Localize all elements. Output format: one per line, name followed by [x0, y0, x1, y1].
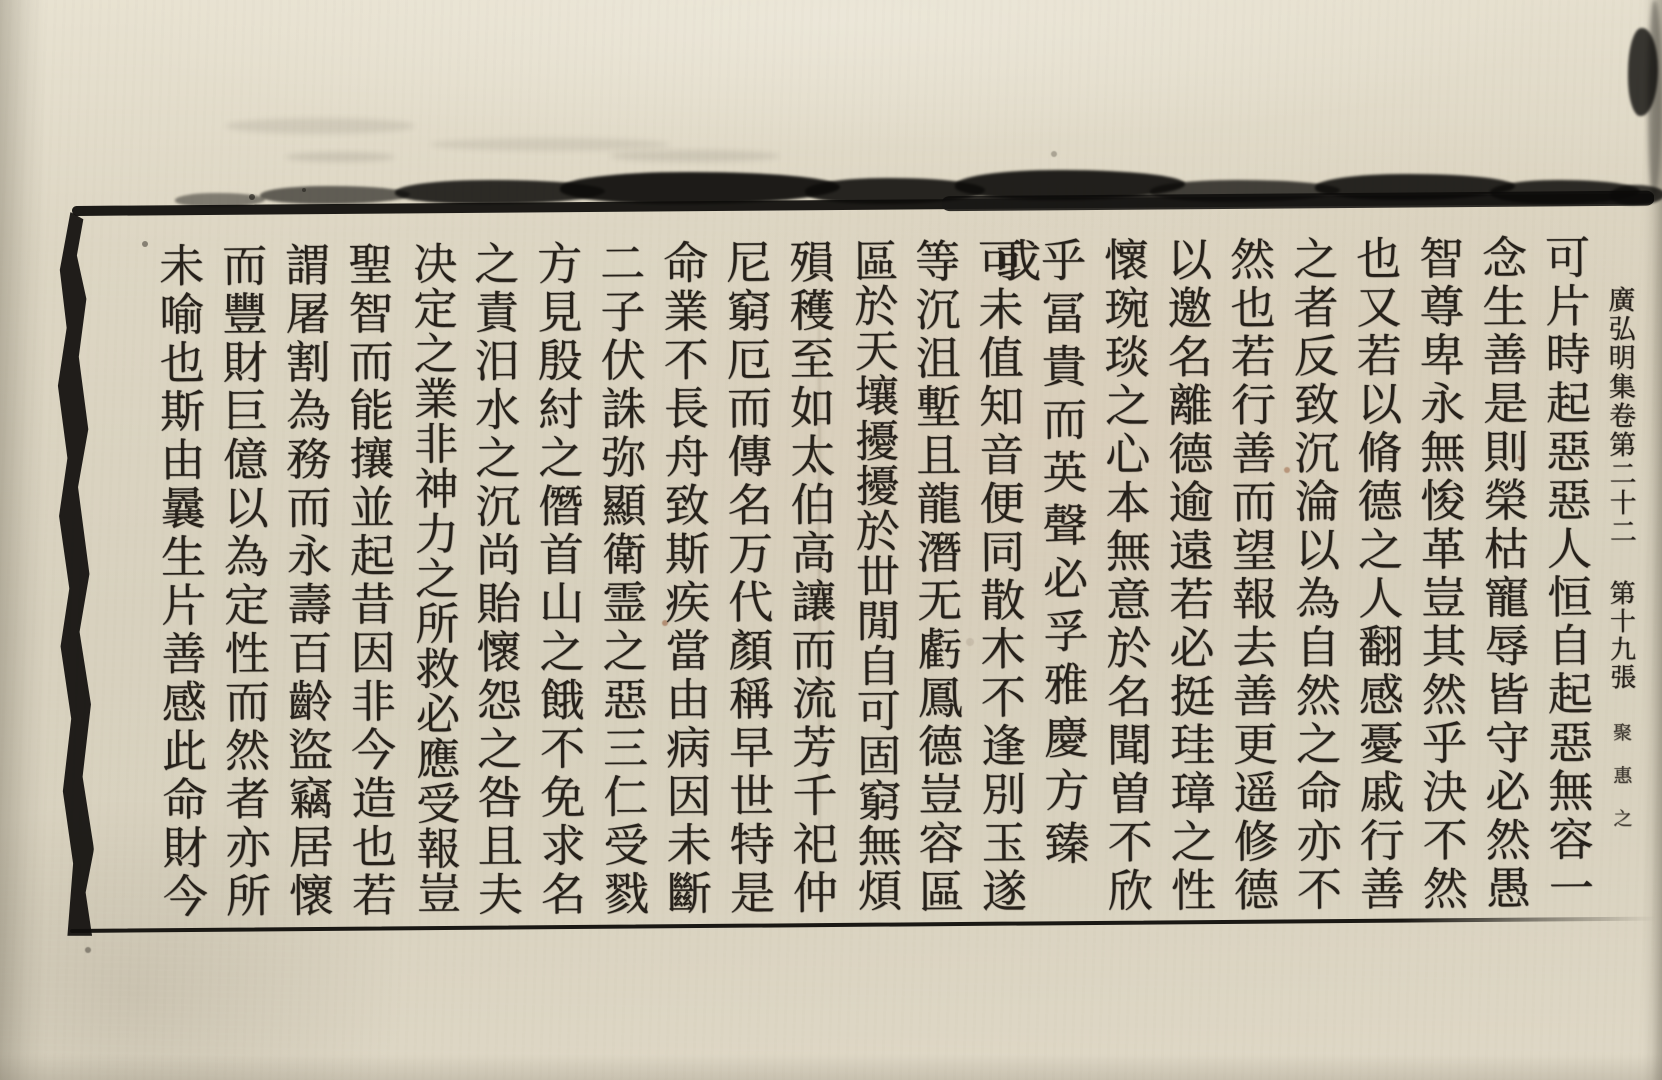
ink-mark-top-right — [1648, 0, 1662, 200]
carver-mark: 聚惠之 — [1610, 722, 1633, 851]
ink-smudge — [560, 172, 840, 204]
text-column-6: 然也若行善而望報去善更遥修德 — [1208, 222, 1275, 922]
text-column-17: 方見殷紂之僭首山之餓不免求名 — [515, 226, 582, 926]
text-column-10: 可未值知音便同散木不逢別玉遂 — [956, 223, 1023, 923]
faint-smudge — [430, 138, 670, 151]
text-column-9: 乎冨貴而英聲必孚雅慶方臻或 — [1019, 223, 1086, 923]
text-column-18: 之責汨水之沉尚貽懷怨之咎且夫 — [452, 226, 519, 926]
text-column-16: 二子伏誅弥顯衛霊之惡三仁受戮 — [578, 225, 645, 925]
text-column-15: 命業不長舟致斯疾當由病因未斷 — [641, 225, 708, 925]
block-left-border — [56, 212, 94, 936]
faint-smudge — [610, 150, 780, 162]
text-column-14: 尼窮厄而傳名万代顏稱早世特是 — [704, 225, 771, 925]
text-column-7: 以邀名離德逾遠若必挺珪璋之性 — [1145, 222, 1212, 922]
text-column-8: 懷琬琰之心本無意於名聞曽不欣 — [1082, 222, 1149, 922]
manuscript-page: 廣弘明集卷第二十二 第十九張 聚惠之 可片時起惡惡人恒自起惡無容一 念生善是則榮… — [0, 0, 1662, 1080]
text-column-2: 念生善是則榮枯寵辱皆守必然愚 — [1460, 220, 1527, 920]
paper-stain — [0, 0, 4, 4]
text-column-21: 謂屠割為務而永壽百齡盜竊居懷 — [263, 227, 330, 927]
text-column-19: 决定之業非神力之所救必應受報豈 — [389, 227, 456, 927]
text-block: 廣弘明集卷第二十二 第十九張 聚惠之 可片時起惡惡人恒自起惡無容一 念生善是則榮… — [102, 219, 1636, 928]
faint-smudge — [285, 152, 395, 162]
text-column-20: 聖智而能攘並起昔因非今造也若 — [326, 227, 393, 927]
sheet-number: 第十九張 — [1605, 579, 1636, 691]
paper-bottom-edge-shadow — [0, 1054, 1662, 1080]
paper-left-edge-shadow — [0, 0, 46, 1080]
text-column-12: 區於天壤擾擾於丗閒自可固窮無煩 — [830, 224, 897, 924]
text-column-5: 之者反致沉淪以為自然之命亦不 — [1271, 221, 1338, 921]
text-column-13: 殞穫至如太伯高讓而流芳千祀仲 — [767, 224, 834, 924]
work-title: 廣弘明集卷第二十二 — [1603, 285, 1636, 546]
text-column-1: 可片時起惡惡人恒自起惡無容一 — [1523, 220, 1590, 920]
ink-smudge — [260, 186, 410, 204]
text-column-11: 等沉沮塹且龍潛无虧鳳德豈容區 — [893, 223, 960, 923]
text-column-23: 未喻也斯由曩生片善感此命財今 — [137, 228, 204, 928]
faint-smudge — [225, 118, 415, 134]
text-column-4: 也又若以脩德之人翻感憂戚行善 — [1334, 221, 1401, 921]
text-column-3: 智尊卑永無悛革豈其然乎決不然 — [1397, 220, 1464, 920]
text-column-22: 而豐財巨億以為定性而然者亦所 — [200, 228, 267, 928]
